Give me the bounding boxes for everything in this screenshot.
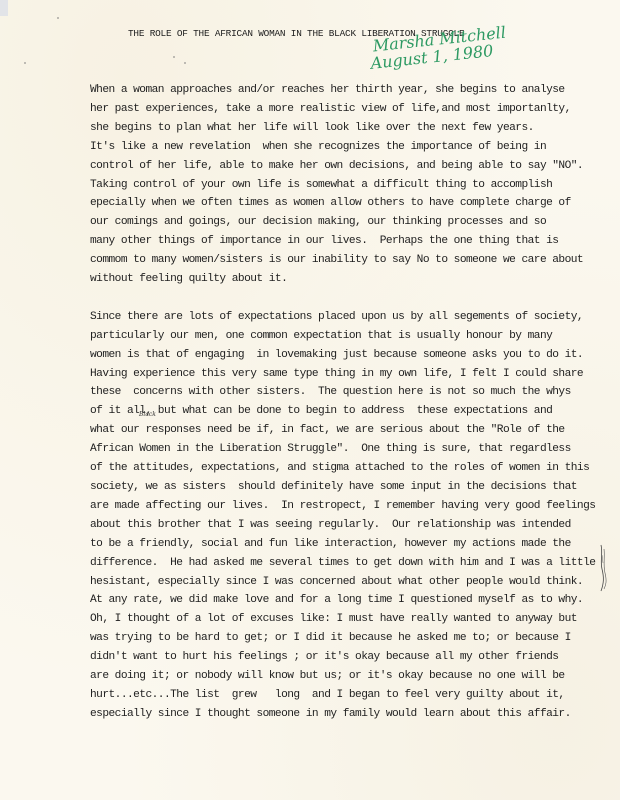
text-line: of the attitudes, expectations, and stig… <box>90 459 600 478</box>
document-body: When a woman approaches and/or reaches h… <box>90 81 600 724</box>
paragraph-1: When a woman approaches and/or reaches h… <box>90 81 600 289</box>
text-line: she begins to plan what her life will lo… <box>90 119 600 138</box>
text-line: to be a friendly, social and fun like in… <box>90 535 600 554</box>
text-line: her past experiences, take a more realis… <box>90 100 600 119</box>
text-line: was trying to be hard to get; or I did i… <box>90 629 600 648</box>
text-line: epecially when we often times as women a… <box>90 194 600 213</box>
paper-speck <box>184 62 186 64</box>
text-line: didn't want to hurt his feelings ; or it… <box>90 648 600 667</box>
text-line: especially since I thought someone in my… <box>90 705 600 724</box>
text-line: Having experience this very same type th… <box>90 365 600 384</box>
paragraph-2: Since there are lots of expectations pla… <box>90 308 600 724</box>
text-line: hurt...etc...The list grew long and I be… <box>90 686 600 705</box>
margin-pencil-mark-icon <box>598 543 608 593</box>
text-line: of it all, but what can be done to begin… <box>90 402 600 421</box>
paper-speck <box>24 62 26 64</box>
text-line: commom to many women/sisters is our inab… <box>90 251 600 270</box>
text-line: particularly our men, one common expecta… <box>90 327 600 346</box>
text-line: about this brother that I was seeing reg… <box>90 516 600 535</box>
text-line: our comings and goings, our decision mak… <box>90 213 600 232</box>
handwritten-insertion: Black <box>139 411 156 418</box>
text-line: are made affecting our lives. In restrop… <box>90 497 600 516</box>
text-line: these concerns with other sisters. The q… <box>90 383 600 402</box>
text-line: difference. He had asked me several time… <box>90 554 600 573</box>
text-line: society, we as sisters should definitely… <box>90 478 600 497</box>
text-line: are doing it; or nobody will know but us… <box>90 667 600 686</box>
text-line: Taking control of your own life is somew… <box>90 176 600 195</box>
text-line: women is that of engaging in lovemaking … <box>90 346 600 365</box>
page-corner <box>0 0 8 16</box>
document-page: THE ROLE OF THE AFRICAN WOMAN IN THE BLA… <box>0 0 620 800</box>
paper-speck <box>57 17 59 19</box>
text-line: It's like a new revelation when she reco… <box>90 138 600 157</box>
text-line: At any rate, we did make love and for a … <box>90 591 600 610</box>
text-line: many other things of importance in our l… <box>90 232 600 251</box>
paper-speck <box>173 56 175 58</box>
text-line: When a woman approaches and/or reaches h… <box>90 81 600 100</box>
text-line: control of her life, able to make her ow… <box>90 157 600 176</box>
text-line: without feeling quilty about it. <box>90 270 600 289</box>
text-line: Since there are lots of expectations pla… <box>90 308 600 327</box>
text-line: Oh, I thought of a lot of excuses like: … <box>90 610 600 629</box>
text-line: African Women in the Liberation Struggle… <box>90 440 600 459</box>
text-line: what our responses need be if, in fact, … <box>90 421 600 440</box>
text-line: hesistant, especially since I was concer… <box>90 573 600 592</box>
